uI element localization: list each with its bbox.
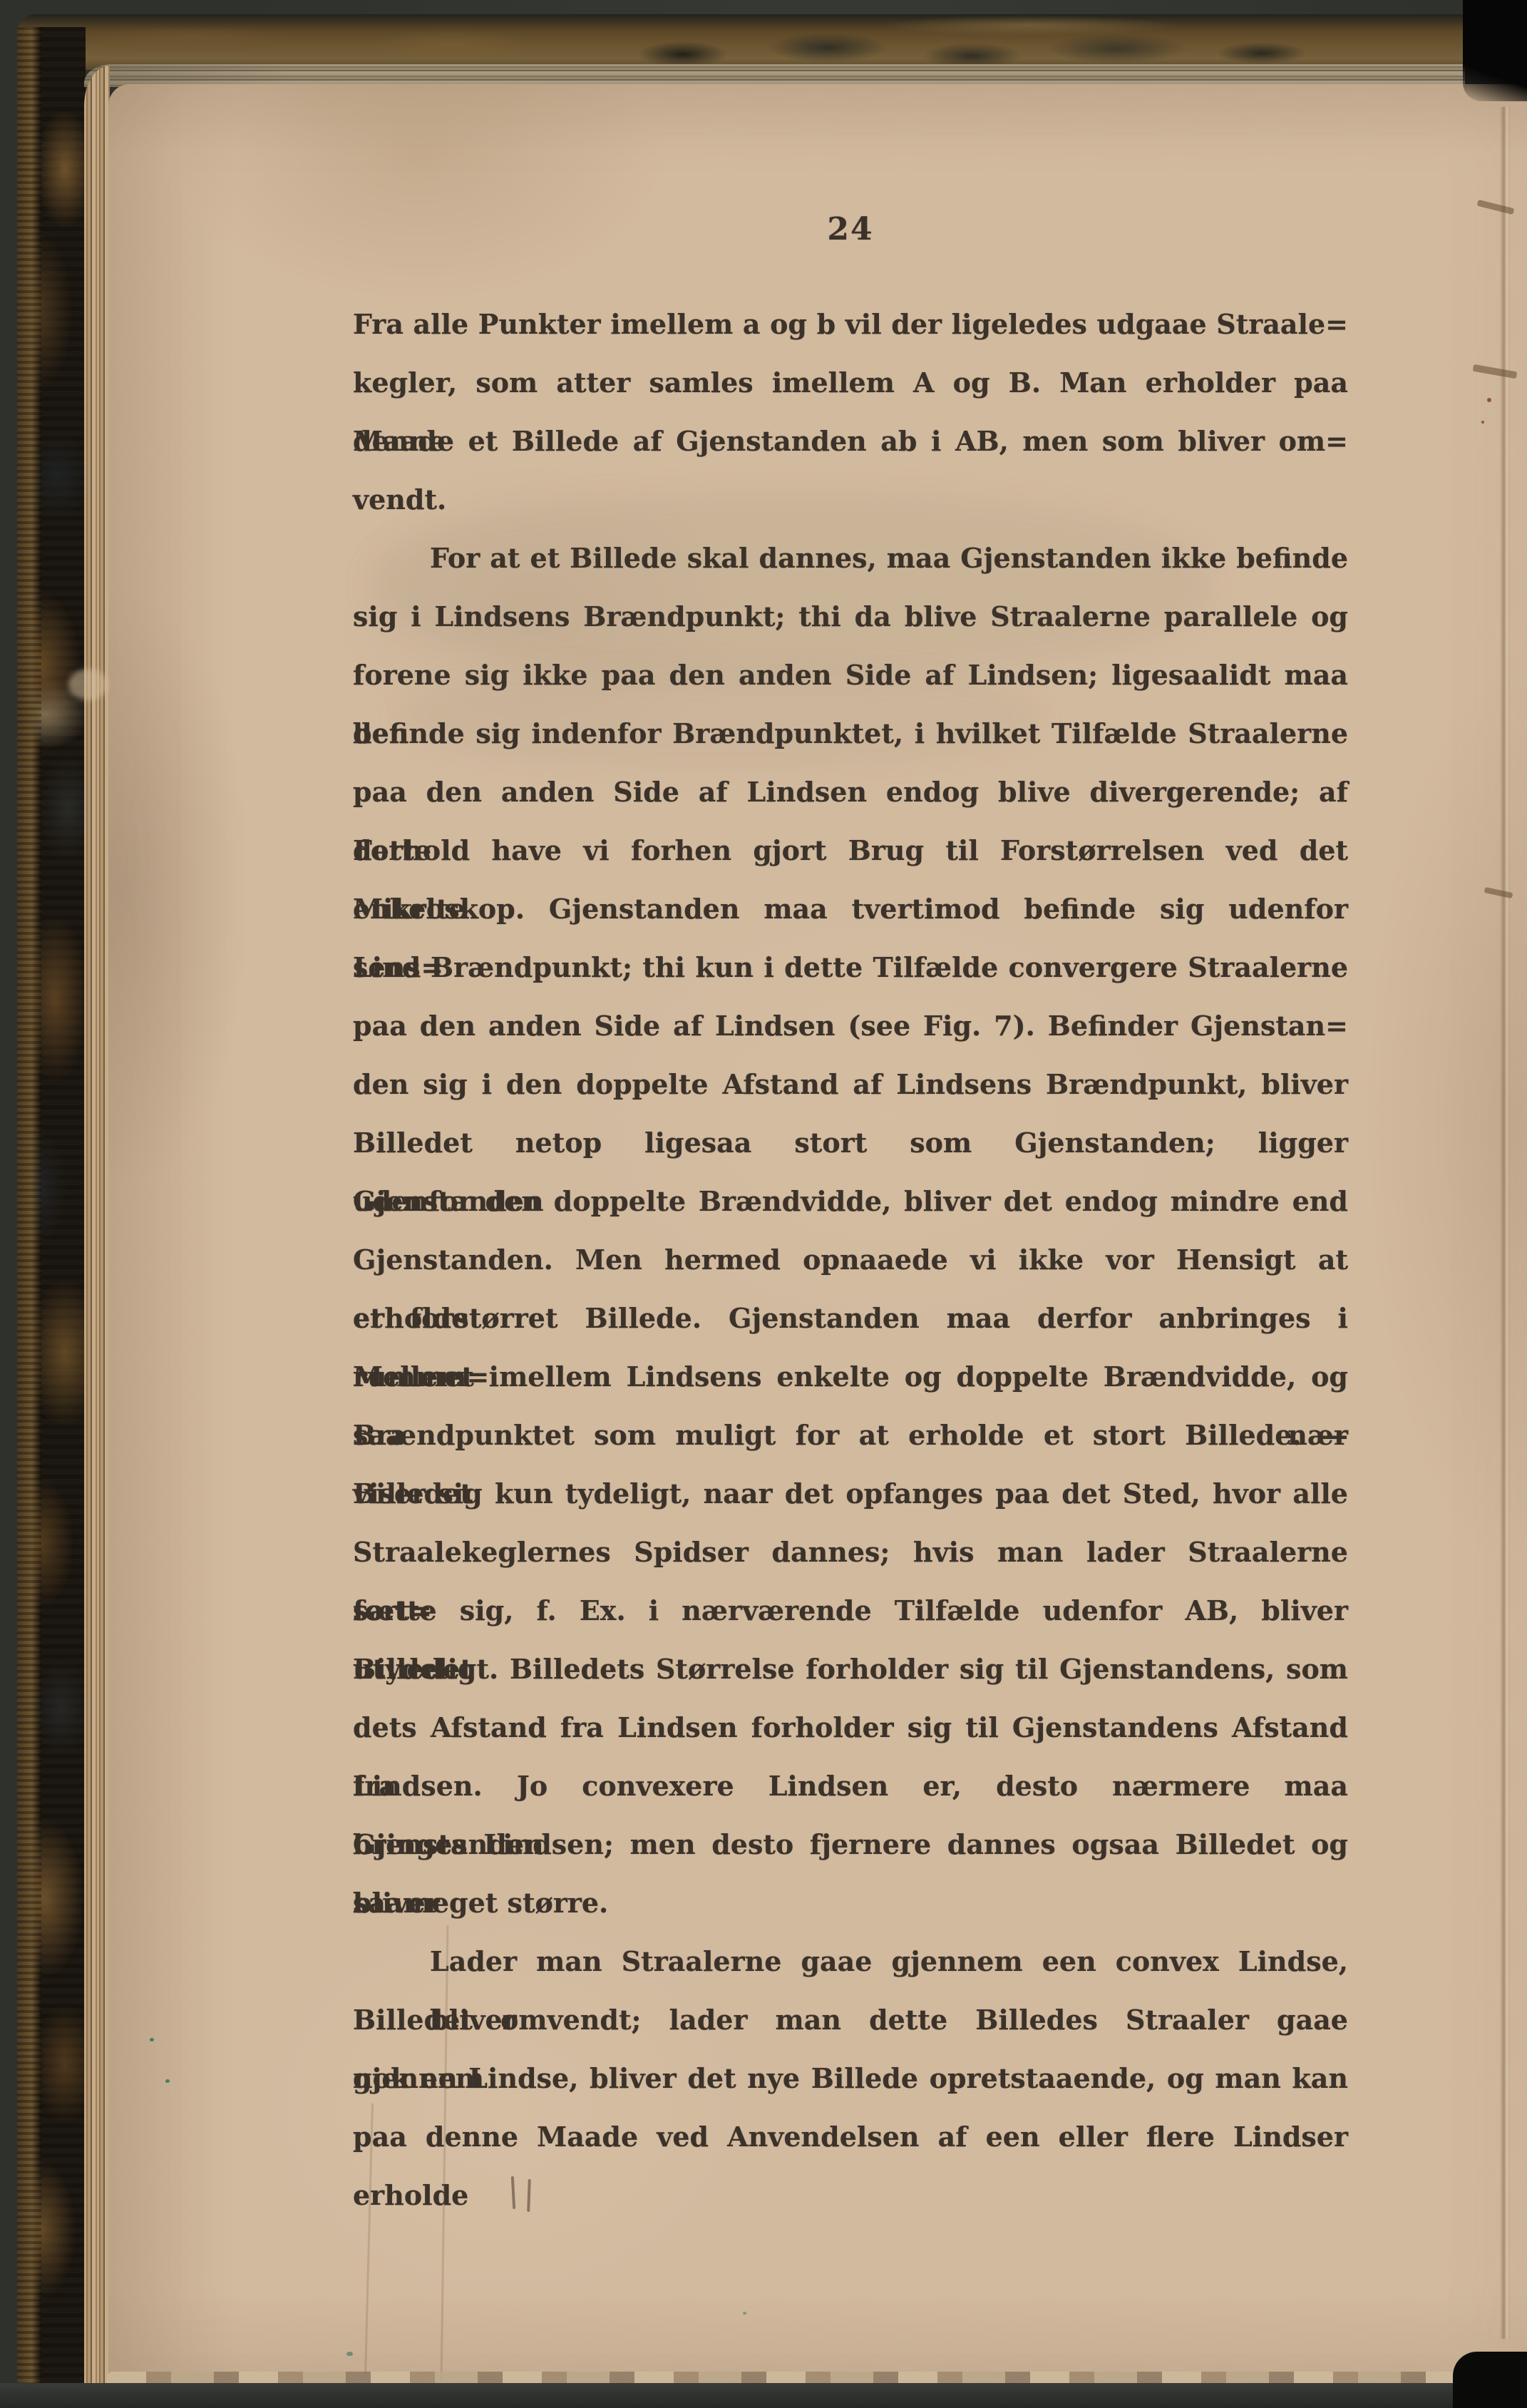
text-line: Billedet netop ligesaa stort som Gjensta… — [353, 1114, 1348, 1172]
text-line: sig i Lindsens Brændpunkt; thi da blive … — [353, 588, 1348, 646]
green-speck — [165, 2079, 170, 2083]
text-line: Forhold have vi forhen gjort Brug til Fo… — [353, 821, 1348, 880]
leather-spine-edge — [17, 27, 41, 2396]
red-speck — [1487, 398, 1491, 402]
text-line: utydeligt. Billedets Størrelse forholder… — [353, 1640, 1348, 1699]
book-top-cover-edge — [17, 14, 1464, 70]
text-line: dets Afstand fra Lindsen forholder sig t… — [353, 1699, 1348, 1757]
text-line: befinde sig indenfor Brændpunktet, i hvi… — [353, 705, 1348, 763]
text-line: kegler, som atter samles imellem A og B.… — [353, 354, 1348, 412]
text-line: den sig i den doppelte Afstand af Lindse… — [353, 1055, 1348, 1114]
green-speck — [743, 2312, 746, 2315]
body-text: Fra alle Punkter imellem a og b vil der … — [353, 295, 1348, 2166]
text-line: sens Brændpunkt; thi kun i dette Tilfæld… — [353, 938, 1348, 997]
text-line: saameget større. — [353, 1874, 1348, 1932]
red-speck — [1481, 421, 1484, 424]
text-line: udenfor den doppelte Brændvidde, bliver … — [353, 1172, 1348, 1231]
text-line: Mikroskop. Gjenstanden maa tvertimod bef… — [353, 880, 1348, 938]
text-line: paa denne Maade ved Anvendelsen af een e… — [353, 2108, 1348, 2166]
text-line: viser sig kun tydeligt, naar det opfange… — [353, 1465, 1348, 1523]
text-line: vendt. — [353, 471, 1348, 529]
scanned-book-page: { "page": { "number": "24", "lines": [ "… — [0, 0, 1527, 2408]
text-line: Brændpunktet som muligt for at erholde e… — [353, 1406, 1348, 1465]
text-line: Lader man Straalerne gaae gjennem een co… — [353, 1932, 1348, 1991]
text-line: Maade et Billede af Gjenstanden ab i AB,… — [353, 412, 1348, 471]
text-line: rummet imellem Lindsens enkelte og doppe… — [353, 1348, 1348, 1406]
text-line: Billedet omvendt; lader man dette Billed… — [353, 1991, 1348, 2049]
text-line: nok en Lindse, bliver det nye Billede op… — [353, 2049, 1348, 2108]
green-speck — [346, 2352, 353, 2356]
scan-dark-corner-top-right — [1463, 0, 1527, 101]
text-line: Gjenstanden. Men hermed opnaaede vi ikke… — [353, 1231, 1348, 1289]
text-line: paa den anden Side af Lindsen endog bliv… — [353, 763, 1348, 821]
scanner-background-bottom — [0, 2383, 1527, 2408]
scan-dark-corner-bottom-right — [1453, 2352, 1527, 2408]
text-line: paa den anden Side af Lindsen (see Fig. … — [353, 997, 1348, 1055]
page-crease-right — [1500, 107, 1510, 2339]
page-number: 24 — [353, 208, 1348, 252]
page-edges-left — [84, 66, 110, 2386]
text-line: et forstørret Billede. Gjenstanden maa d… — [353, 1289, 1348, 1348]
spine-stain — [68, 669, 108, 700]
text-line: sætte sig, f. Ex. i nærværende Tilfælde … — [353, 1582, 1348, 1640]
text-line: forene sig ikke paa den anden Side af Li… — [353, 646, 1348, 705]
text-line: For at et Billede skal dannes, maa Gjens… — [353, 529, 1348, 588]
text-line: Straalekeglernes Spidser dannes; hvis ma… — [353, 1523, 1348, 1582]
text-line: bringes Lindsen; men desto fjernere dann… — [353, 1815, 1348, 1874]
green-speck — [150, 2038, 154, 2041]
text-line: Lindsen. Jo convexere Lindsen er, desto … — [353, 1757, 1348, 1815]
text-line: Fra alle Punkter imellem a og b vil der … — [353, 295, 1348, 354]
